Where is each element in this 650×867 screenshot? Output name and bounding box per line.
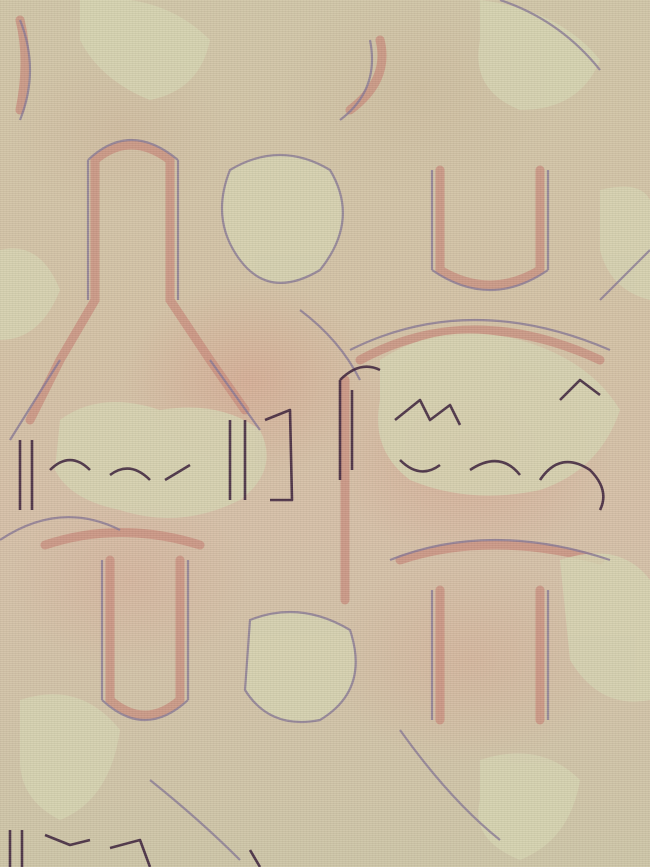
arabesque-leaves bbox=[0, 0, 650, 860]
rug-pattern bbox=[0, 0, 650, 867]
rug-photo bbox=[0, 0, 650, 867]
